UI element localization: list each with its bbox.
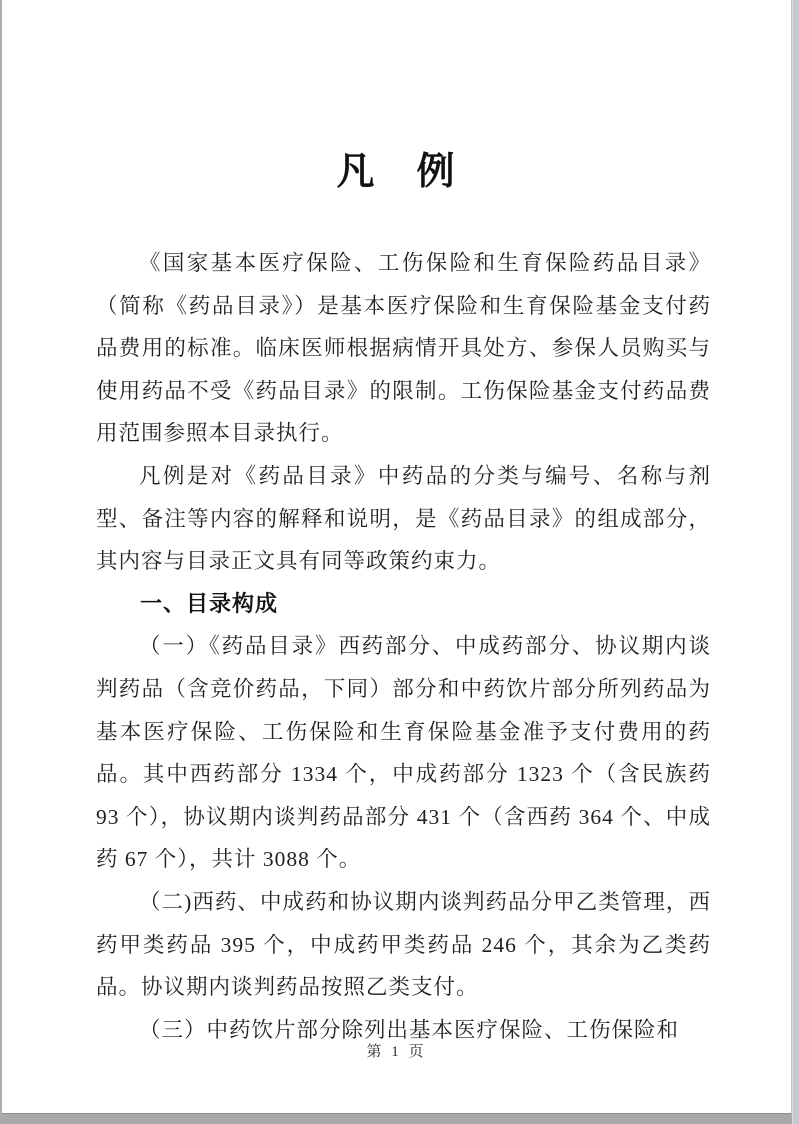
section-heading-catalog-composition: 一、目录构成 xyxy=(96,583,711,626)
document-body: 《国家基本医疗保险、工伤保险和生育保险药品目录》（简称《药品目录》）是基本医疗保… xyxy=(96,242,711,1051)
page-number: 第 1 页 xyxy=(2,1040,791,1061)
document-page: 凡 例 《国家基本医疗保险、工伤保险和生育保险药品目录》（简称《药品目录》）是基… xyxy=(1,0,792,1114)
page-bottom-gap xyxy=(0,1115,792,1124)
paragraph-item-1-counts: （一）《药品目录》西药部分、中成药部分、协议期内谈判药品（含竞价药品，下同）部分… xyxy=(96,625,711,881)
paragraph-item-2-categories: （二)西药、中成药和协议期内谈判药品分甲乙类管理，西药甲类药品 395 个，中成… xyxy=(96,881,711,1009)
document-viewer: 凡 例 《国家基本医疗保险、工伤保险和生育保险药品目录》（简称《药品目录》）是基… xyxy=(0,0,799,1124)
scrollbar-track[interactable] xyxy=(792,0,799,1124)
paragraph-drug-catalog-intro: 《国家基本医疗保险、工伤保险和生育保险药品目录》（简称《药品目录》）是基本医疗保… xyxy=(96,242,711,455)
paragraph-fanli-explanation: 凡例是对《药品目录》中药品的分类与编号、名称与剂型、备注等内容的解释和说明，是《… xyxy=(96,455,711,583)
page-title: 凡 例 xyxy=(2,145,791,200)
